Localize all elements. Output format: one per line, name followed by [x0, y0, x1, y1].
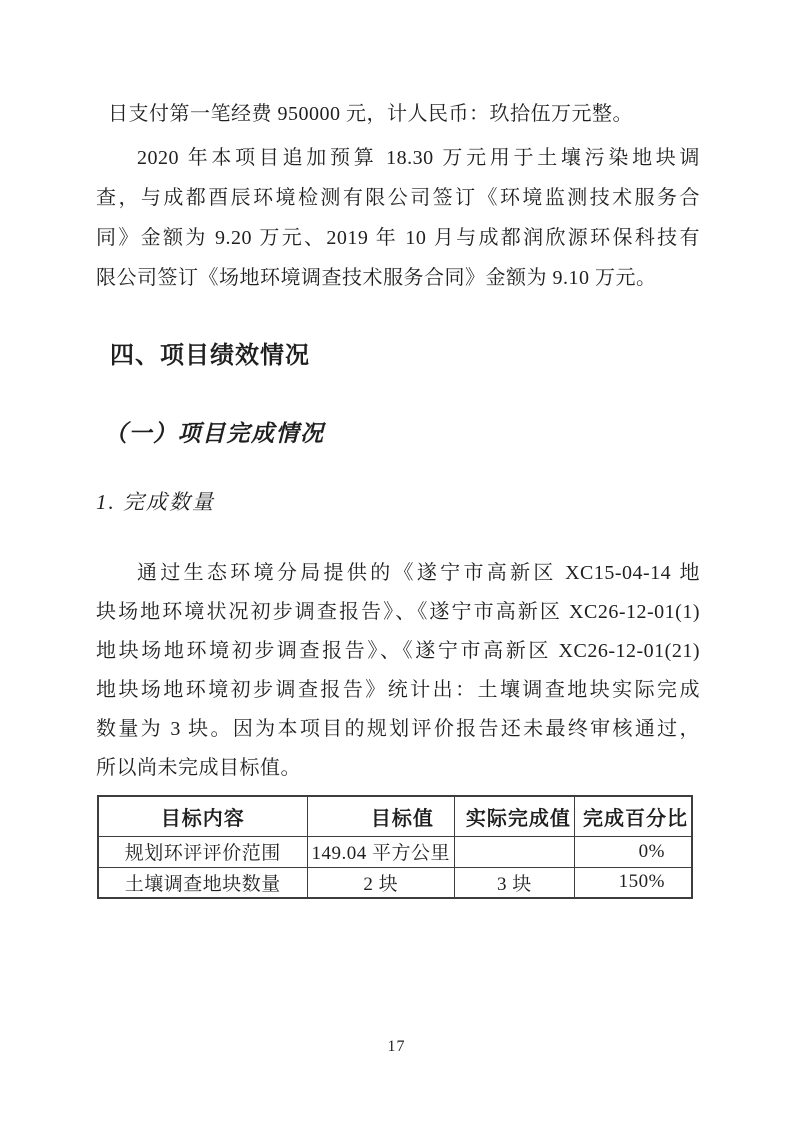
cell-goal-value: 149.04 平方公里	[307, 836, 454, 867]
paragraph-continuation: 日支付第一笔经费 950000 元，计人民币：玖拾伍万元整。	[96, 94, 700, 134]
section-heading: 四、项目绩效情况	[110, 341, 700, 370]
performance-table-container: 目标内容 目标值 实际完成值 完成百分比 规划环评评价范围 149.04 平方公…	[97, 795, 693, 899]
header-actual-value: 实际完成值	[454, 796, 574, 836]
paragraph-budget: 2020 年本项目追加预算 18.30 万元用于土壤污染地块调 查，与成都酉辰环…	[96, 138, 700, 298]
cell-goal-value: 2 块	[307, 867, 454, 898]
header-goal-content: 目标内容	[98, 796, 307, 836]
body-line: 块场地环境状况初步调查报告》、《遂宁市高新区 XC26-12-01(1)	[96, 593, 700, 632]
table-header-row: 目标内容 目标值 实际完成值 完成百分比	[98, 796, 692, 836]
item-heading: 1. 完成数量	[96, 487, 700, 517]
cell-goal-content: 规划环评评价范围	[98, 836, 307, 867]
cell-actual-value: 3 块	[454, 867, 574, 898]
header-goal-value: 目标值	[307, 796, 454, 836]
performance-table: 目标内容 目标值 实际完成值 完成百分比 规划环评评价范围 149.04 平方公…	[97, 795, 693, 899]
body-line: 2020 年本项目追加预算 18.30 万元用于土壤污染地块调	[96, 138, 700, 178]
body-line: 地块场地环境初步调查报告》、《遂宁市高新区 XC26-12-01(21)	[96, 632, 700, 671]
body-line: 限公司签订《场地环境调查技术服务合同》金额为 9.10 万元。	[96, 258, 700, 298]
cell-actual-value	[454, 836, 574, 867]
body-line: 同》金额为 9.20 万元、2019 年 10 月与成都润欣源环保科技有	[96, 218, 700, 258]
body-line: 地块场地环境初步调查报告》统计出：土壤调查地块实际完成	[96, 671, 700, 710]
header-completion-percent: 完成百分比	[574, 796, 692, 836]
table-row: 规划环评评价范围 149.04 平方公里 0%	[98, 836, 692, 867]
document-page: 日支付第一笔经费 950000 元，计人民币：玖拾伍万元整。 2020 年本项目…	[0, 0, 793, 1122]
subsection-heading: （一）项目完成情况	[104, 419, 700, 448]
page-number: 17	[0, 1038, 793, 1056]
table-row: 土壤调查地块数量 2 块 3 块 150%	[98, 867, 692, 898]
cell-completion-percent: 150%	[574, 867, 692, 898]
body-line: 日支付第一笔经费 950000 元，计人民币：玖拾伍万元整。	[96, 94, 700, 134]
body-line: 查，与成都酉辰环境检测有限公司签订《环境监测技术服务合	[96, 178, 700, 218]
cell-completion-percent: 0%	[574, 836, 692, 867]
cell-goal-content: 土壤调查地块数量	[98, 867, 307, 898]
body-line: 通过生态环境分局提供的《遂宁市高新区 XC15-04-14 地	[96, 554, 700, 593]
body-line: 所以尚未完成目标值。	[96, 749, 700, 788]
body-line: 数量为 3 块。因为本项目的规划评价报告还未最终审核通过，	[96, 710, 700, 749]
paragraph-completion: 通过生态环境分局提供的《遂宁市高新区 XC15-04-14 地 块场地环境状况初…	[96, 554, 700, 788]
